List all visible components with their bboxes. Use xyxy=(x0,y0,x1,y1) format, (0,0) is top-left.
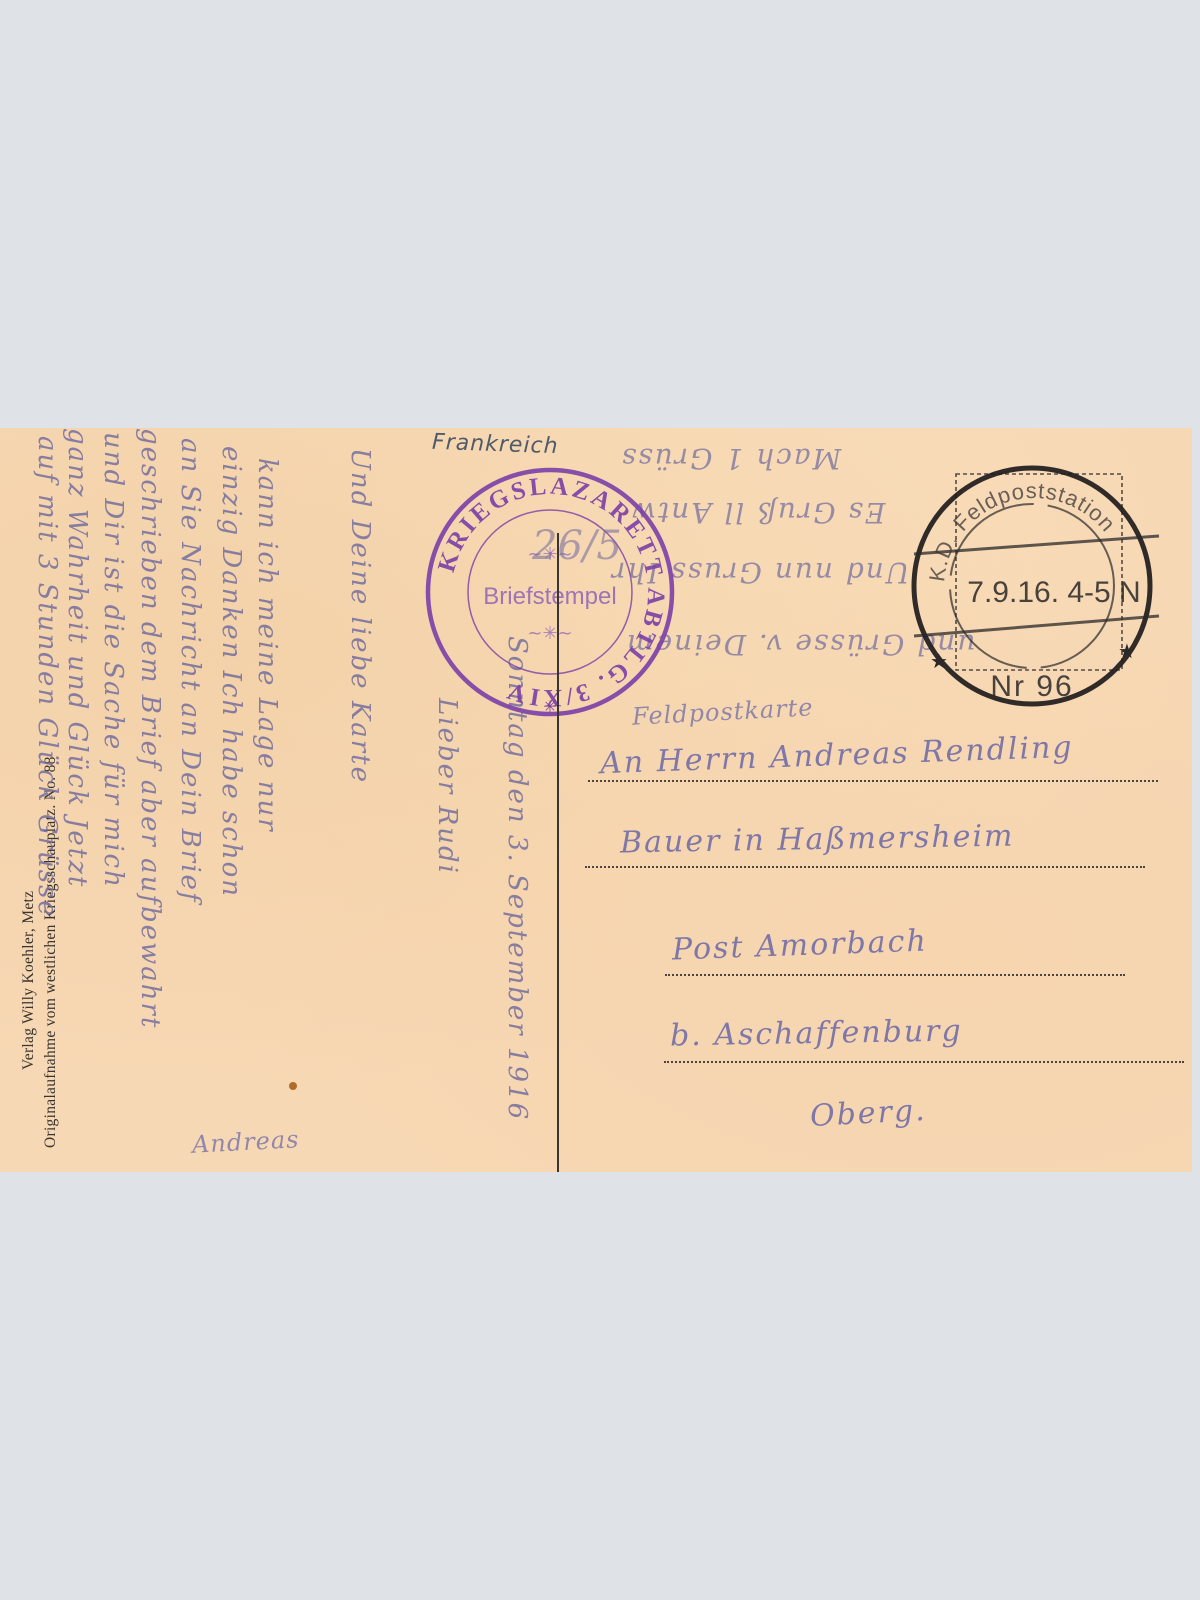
svg-text:Nr 96: Nr 96 xyxy=(990,670,1073,703)
address-line: Bauer in Haßmersheim xyxy=(620,819,1015,861)
svg-text:26/5: 26/5 xyxy=(531,523,622,569)
address-rule xyxy=(588,780,1158,782)
message-line: auf mit 3 Stunden Glück Grüsse xyxy=(32,436,62,918)
message-line: ganz Wahrheit und Glück Jetzt xyxy=(62,428,92,888)
svg-text:✳: ✳ xyxy=(543,697,556,716)
svg-text:★: ★ xyxy=(930,649,948,673)
postcard: Verlag Willy Koehler, Metz Originalaufna… xyxy=(0,428,1192,1172)
message-line: an Sie Nachricht an Dein Brief xyxy=(175,438,205,904)
message-line: und Dir ist die Sache für mich xyxy=(98,432,128,889)
address-rule xyxy=(664,1061,1184,1063)
message-line: Und Deine liebe Karte xyxy=(345,448,375,784)
address-line: Oberg. xyxy=(809,1093,927,1134)
field-post-postmark: K.D. Feldpoststation 7.9.16. 4-5 N Nr 96… xyxy=(904,458,1164,718)
hospital-stamp: KRIEGSLAZARETT ABTLG. 3/XIV Briefstempel… xyxy=(422,464,678,720)
pencil-annotation: Frankreich xyxy=(432,430,559,459)
svg-text:★: ★ xyxy=(1118,639,1136,663)
card-divider xyxy=(557,533,559,1172)
message-line: kann ich meine Lage nur xyxy=(252,458,282,833)
message-line: einzig Danken Ich habe schon xyxy=(216,446,246,898)
address-rule xyxy=(665,974,1125,976)
sign-off: Andreas xyxy=(191,1125,300,1159)
salutation: Lieber Rudi xyxy=(432,698,462,875)
address-rule xyxy=(585,866,1145,868)
address-line: b. Aschaffenburg xyxy=(670,1013,963,1053)
message-line: geschrieben dem Brief aber aufbewahrt xyxy=(135,428,165,1029)
rust-stain xyxy=(289,1082,297,1090)
address-line: Post Amorbach xyxy=(671,924,928,968)
svg-text:~✳~: ~✳~ xyxy=(527,623,572,644)
address-line: An Herrn Andreas Rendling xyxy=(600,730,1075,782)
svg-text:Briefstempel: Briefstempel xyxy=(483,583,616,610)
svg-text:7.9.16. 4-5 N: 7.9.16. 4-5 N xyxy=(967,576,1140,609)
